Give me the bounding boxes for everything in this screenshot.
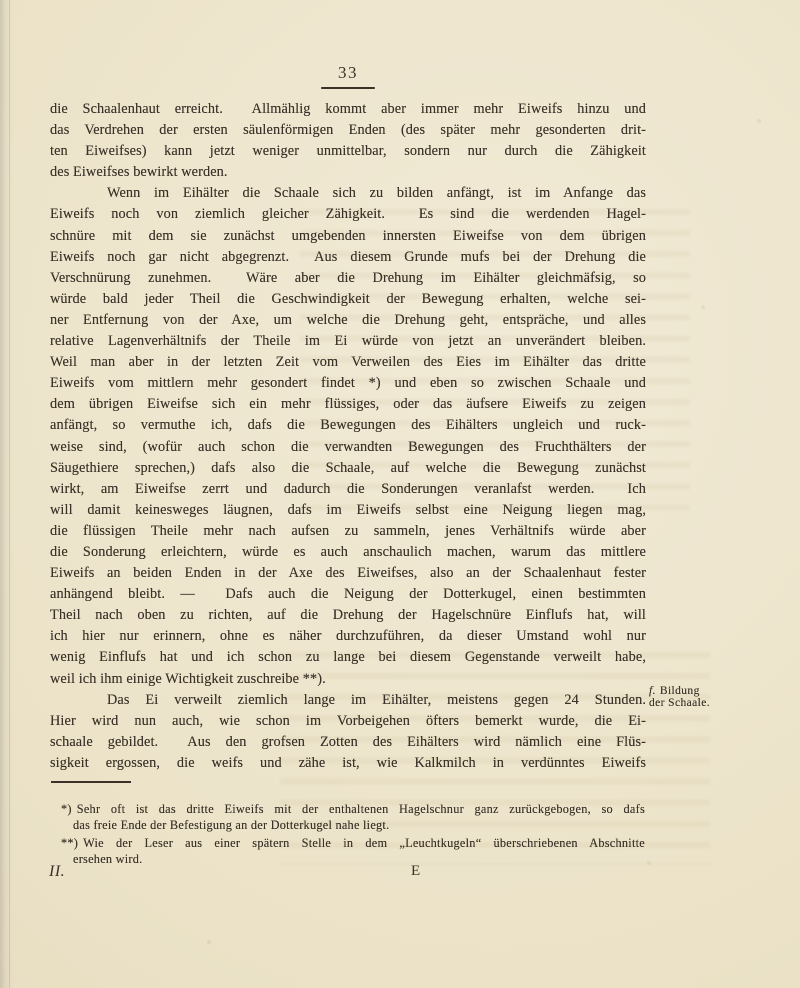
margin-note-line: der Schaale. [649, 698, 739, 710]
body-line: dem übrigen Eiweifse sich ein mehr flüss… [50, 394, 646, 415]
page-crease [9, 0, 10, 988]
footnote-marker: **) [61, 836, 78, 850]
body-line: ten Eiweifses) kann jetzt weniger unmitt… [50, 141, 646, 162]
body-line: Säugethiere sprechen,) dafs also die Sch… [50, 458, 646, 479]
body-line: schaale gebildet. Aus den grofsen Zotten… [50, 732, 646, 753]
footnote-text: Wie der Leser aus einer spätern Stelle i… [83, 836, 645, 850]
body-line: anhängend bleibt. — Dafs auch die Neigun… [50, 584, 646, 605]
body-line: Theil nach oben zu richten, auf die Dreh… [50, 605, 646, 626]
body-line: will damit keinesweges läugnen, dafs im … [50, 500, 646, 521]
body-line: ich hier nur erinnern, ohne es näher dur… [50, 626, 646, 647]
margin-note: f.Bildung der Schaale. [649, 686, 739, 710]
body-line: ner Entfernung von der Axe, um welche di… [50, 310, 646, 331]
body-line: wenig Einflufs hat und ich schon zu lang… [50, 647, 646, 668]
page-header: 33 [50, 63, 646, 89]
footnote-line: das freie Ende der Befestigung an der Do… [61, 817, 645, 833]
paper-speckles [0, 0, 2, 2]
body-line: Hier wird nun auch, wie schon im Vorbeig… [50, 711, 646, 732]
body-line: die Schaalenhaut erreicht. Allmählig kom… [50, 99, 646, 120]
margin-note-text: Bildung [660, 685, 700, 697]
body-line: wirkt, am Eiweifse zerrt und dadurch die… [50, 479, 646, 500]
body-line: die flüssigen Theile mehr nach aufsen zu… [50, 521, 646, 542]
body-line: Eiweifs an beiden Enden in der Axe des E… [50, 563, 646, 584]
footnote-line: ersehen wird. [61, 851, 645, 867]
page-number: 33 [50, 63, 646, 83]
body-line: Eiweifs vom mittlern mehr gesondert find… [50, 373, 646, 394]
page-gutter-shadow [0, 0, 14, 988]
footnote-line: *)Sehr oft ist das dritte Eiweifs mit de… [61, 801, 645, 817]
body-line: Weil man aber in der letzten Zeit vom Ve… [50, 352, 646, 373]
footnote-line: **)Wie der Leser aus einer spätern Stell… [61, 835, 645, 851]
body-line: Verschnürung zunehmen. Wäre aber die Dre… [50, 268, 646, 289]
signature-volume-mark: II. [49, 863, 65, 881]
footnote-marker: *) [61, 802, 72, 816]
page-number-rule [321, 87, 375, 89]
footnote-text: Sehr oft ist das dritte Eiweifs mit der … [77, 802, 645, 816]
body-line: würde bald jeder Theil die Geschwindigke… [50, 289, 646, 310]
body-line: schnüre mit dem sie zunächst umgebenden … [50, 226, 646, 247]
body-text: die Schaalenhaut erreicht. Allmählig kom… [50, 99, 646, 774]
body-line-paragraph-start: Wenn im Eihälter die Schaale sich zu bil… [50, 183, 646, 204]
footnotes: *)Sehr oft ist das dritte Eiweifs mit de… [61, 801, 645, 868]
body-line: die Sonderung erleichtern, würde es auch… [50, 542, 646, 563]
body-line: relative Lagenverhältnifs der Theile im … [50, 331, 646, 352]
signature-sheet-mark: E [411, 863, 420, 880]
body-line: weil ich ihm einige Wichtigkeit zuschrei… [50, 669, 646, 690]
body-line: anfängt, so vermuthe ich, dafs die Beweg… [50, 415, 646, 436]
body-line: Eiweifs noch von ziemlich gleicher Zähig… [50, 204, 646, 225]
body-line: weise sind, (wofür auch schon die verwan… [50, 437, 646, 458]
margin-note-marker: f. [649, 685, 656, 697]
book-page-scan: 33 die Schaalenhaut erreicht. Allmählig … [0, 0, 800, 988]
body-line-paragraph-start: Das Ei verweilt ziemlich lange im Eihält… [50, 690, 646, 711]
body-line: das Verdrehen der ersten säulenförmigen … [50, 120, 646, 141]
body-line: des Eiweifses bewirkt werden. [50, 162, 646, 183]
body-line: sigkeit ergossen, die weifs und zähe ist… [50, 753, 646, 774]
footnote-separator-rule [51, 781, 131, 783]
body-line: Eiweifs noch gar nicht abgegrenzt. Aus d… [50, 247, 646, 268]
